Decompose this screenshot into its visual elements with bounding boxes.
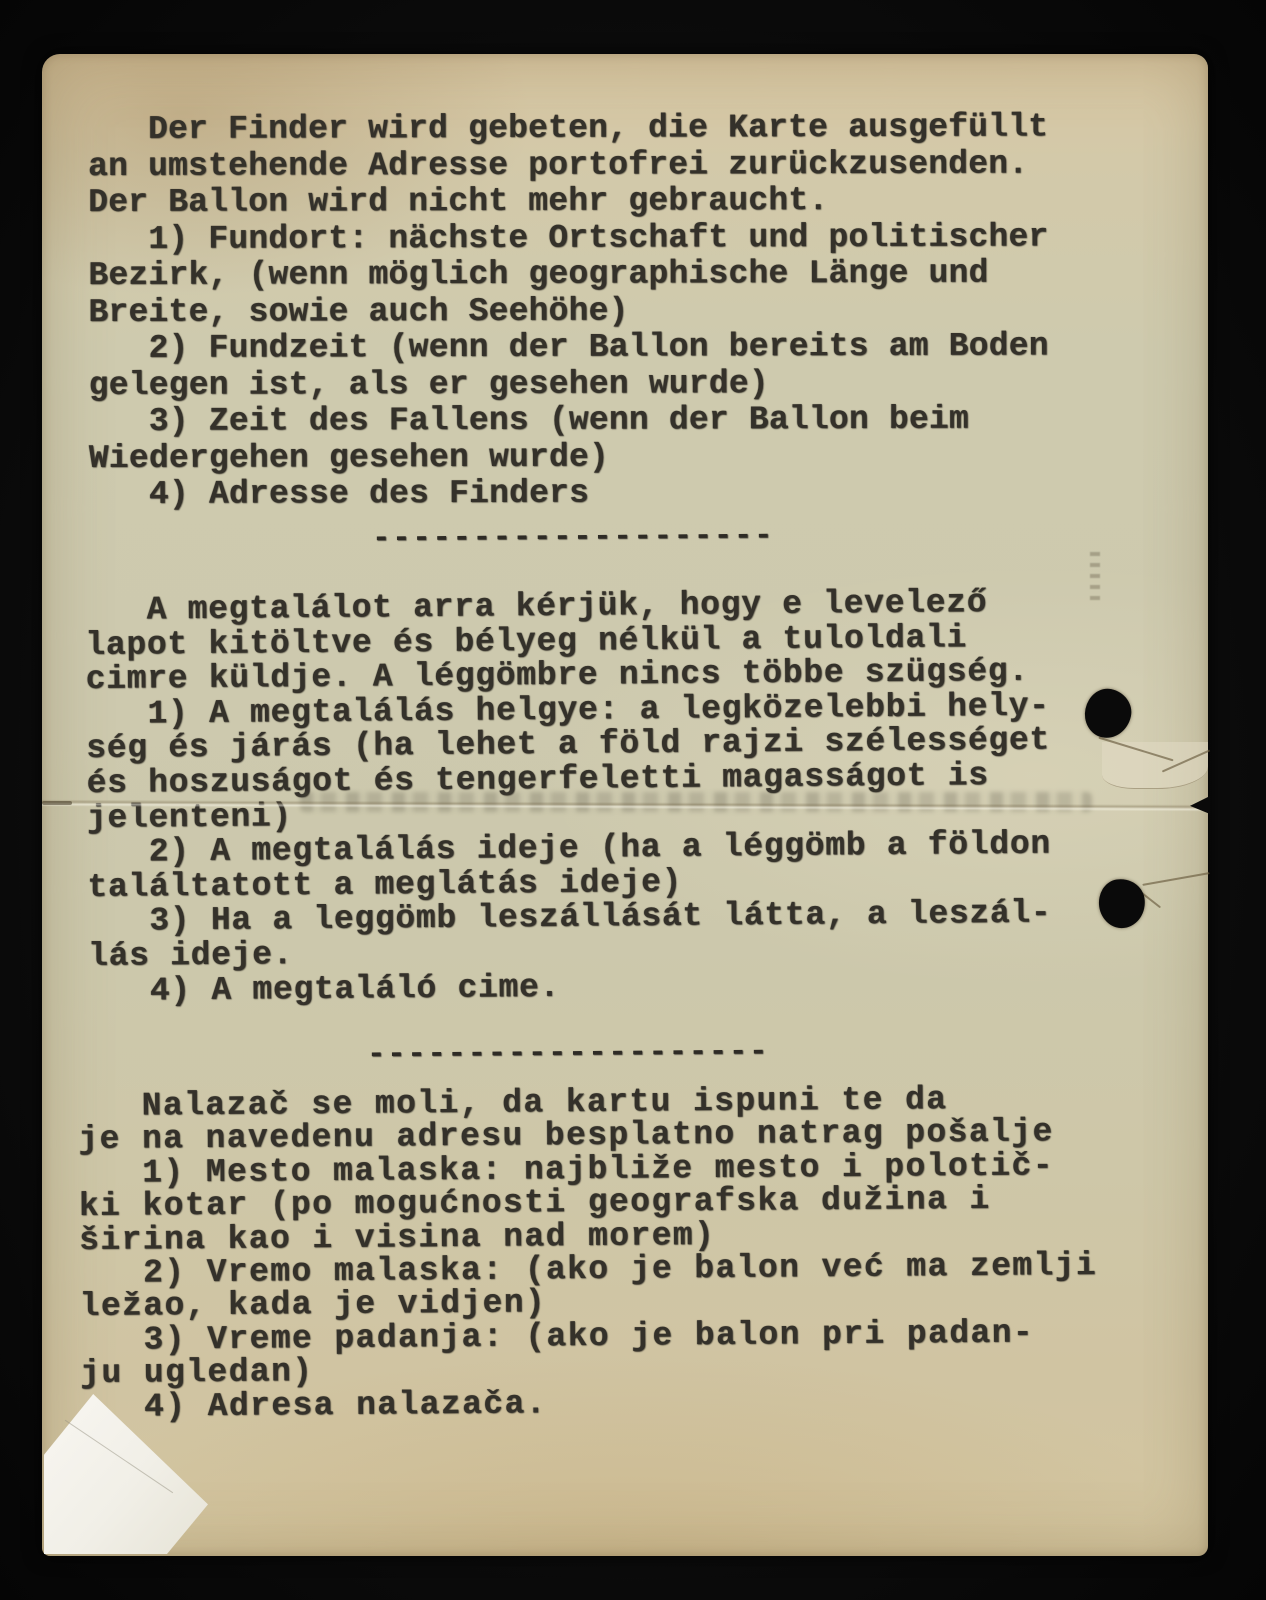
text-line: 4) Adresa nalazača.	[80, 1383, 1098, 1424]
text-line: 4) Adresse des Finders	[89, 474, 1049, 513]
text-line: Der Finder wird gebeten, die Karte ausge…	[88, 109, 1048, 148]
serbocroatian-text-section: Nalazač se moli, da kartu ispuni te da j…	[78, 1082, 1098, 1424]
text-line: 3) Zeit des Fallens (wenn der Ballon bei…	[89, 401, 1049, 440]
dashed-separator: --------------------	[372, 519, 774, 557]
scan-background: Der Finder wird gebeten, die Karte ausge…	[0, 0, 1266, 1600]
text-line: 3) Vreme padanja: (ako je balon pri pada…	[80, 1316, 1098, 1357]
text-line: gelegen ist, als er gesehen wurde)	[89, 365, 1049, 404]
dashed-separator: --------------------	[367, 1035, 769, 1073]
text-line: Der Ballon wird nicht mehr gebraucht.	[88, 182, 1048, 221]
fold-crease-edge-mark	[42, 801, 72, 805]
paper-tear-flap	[1102, 742, 1208, 789]
german-text-section: Der Finder wird gebeten, die Karte ausge…	[88, 109, 1049, 513]
text-line: 4) A megtaláló cime.	[88, 966, 1052, 1009]
text-line: Wiedergehen gesehen wurde)	[89, 438, 1049, 477]
postcard: Der Finder wird gebeten, die Karte ausge…	[42, 54, 1208, 1556]
text-line: 1) Fundort: nächste Ortschaft und politi…	[88, 219, 1048, 258]
text-line: 2) Fundzeit (wenn der Ballon bereits am …	[89, 328, 1049, 367]
punch-hole	[1080, 685, 1135, 742]
text-line: Breite, sowie auch Seehöhe)	[88, 292, 1048, 331]
text-line: Bezirk, (wenn möglich geographische Läng…	[88, 255, 1048, 294]
paper-tear-line	[1142, 872, 1209, 886]
faint-edge-marks	[1090, 552, 1100, 600]
punch-hole	[1096, 876, 1148, 931]
text-line: an umstehende Adresse portofrei zurückzu…	[88, 146, 1048, 185]
text-line: 2) Vremo malaska: (ako je balon već ma z…	[79, 1249, 1097, 1290]
